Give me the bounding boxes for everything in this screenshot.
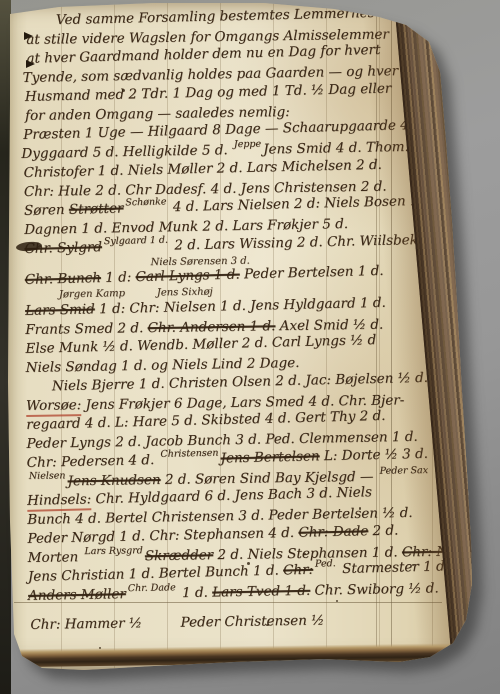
struck-entry: Lars Tved 1 d. xyxy=(212,583,310,601)
ink-blot xyxy=(24,32,33,40)
entry-text: Christensen xyxy=(160,444,218,464)
photo-background: Ved samme Forsamling bestemtes Lemmernes… xyxy=(0,0,500,694)
struck-entry: Jens Bertelsen xyxy=(220,448,319,466)
entry-text: 1 d: xyxy=(101,269,136,286)
struck-entry: Jens Knudsen xyxy=(67,472,160,489)
ink-speck xyxy=(266,624,269,626)
book: Ved samme Forsamling bestemtes Lemmernes… xyxy=(4,2,476,672)
struck-entry: Chr: xyxy=(283,562,313,579)
entry-text: Lars Rysgrd xyxy=(84,541,143,561)
ink-blot xyxy=(26,60,35,68)
entry-text xyxy=(146,615,181,632)
entry-text: Morten xyxy=(28,549,83,566)
manuscript-text: Ved samme Forsamling bestemtes Lemmernes… xyxy=(20,8,419,635)
ink-speck xyxy=(336,600,338,602)
entry-text: Sylgaard 1 d. xyxy=(104,231,169,251)
entry-text: Søren xyxy=(24,202,69,219)
entry-text: Schønke xyxy=(125,192,167,212)
ink-speck xyxy=(359,507,361,510)
ink-speck xyxy=(304,553,306,555)
entry-text: Jeppe xyxy=(234,135,262,154)
struck-entry: Chr. Bunch xyxy=(25,270,102,288)
struck-entry: Carl Lyngs 1 d. xyxy=(135,266,240,285)
ink-speck xyxy=(247,562,250,565)
entry-text: Ped. xyxy=(315,554,336,574)
red-underlined-heading: Hindsels: xyxy=(27,491,92,512)
struck-entry: Lars Smid xyxy=(25,301,95,319)
entry-text: Peder Nørgd 1 d. Chr: Stephansen 4 d. xyxy=(27,525,298,547)
ink-speck xyxy=(122,89,125,92)
struck-entry: Skrædder xyxy=(145,547,214,564)
struck-entry: Strøtter xyxy=(69,200,124,217)
entry-text: Chr: Hammer ½ xyxy=(30,615,146,633)
struck-entry: Anders Møller xyxy=(28,586,126,604)
entry-text: 2 d. xyxy=(368,523,398,540)
entry-text: Nielsen xyxy=(29,466,66,486)
entry-text: Peder Christensen ½ xyxy=(180,613,324,631)
entry-text: Peder Bertelsen 1 d. xyxy=(240,263,384,283)
entry-text: Chr. Dade xyxy=(128,578,176,598)
struck-entry: Chr: Dade xyxy=(298,523,368,541)
entry-text: Frants Smed 2 d. xyxy=(25,320,148,338)
entry-text: 1 d. xyxy=(178,585,213,602)
